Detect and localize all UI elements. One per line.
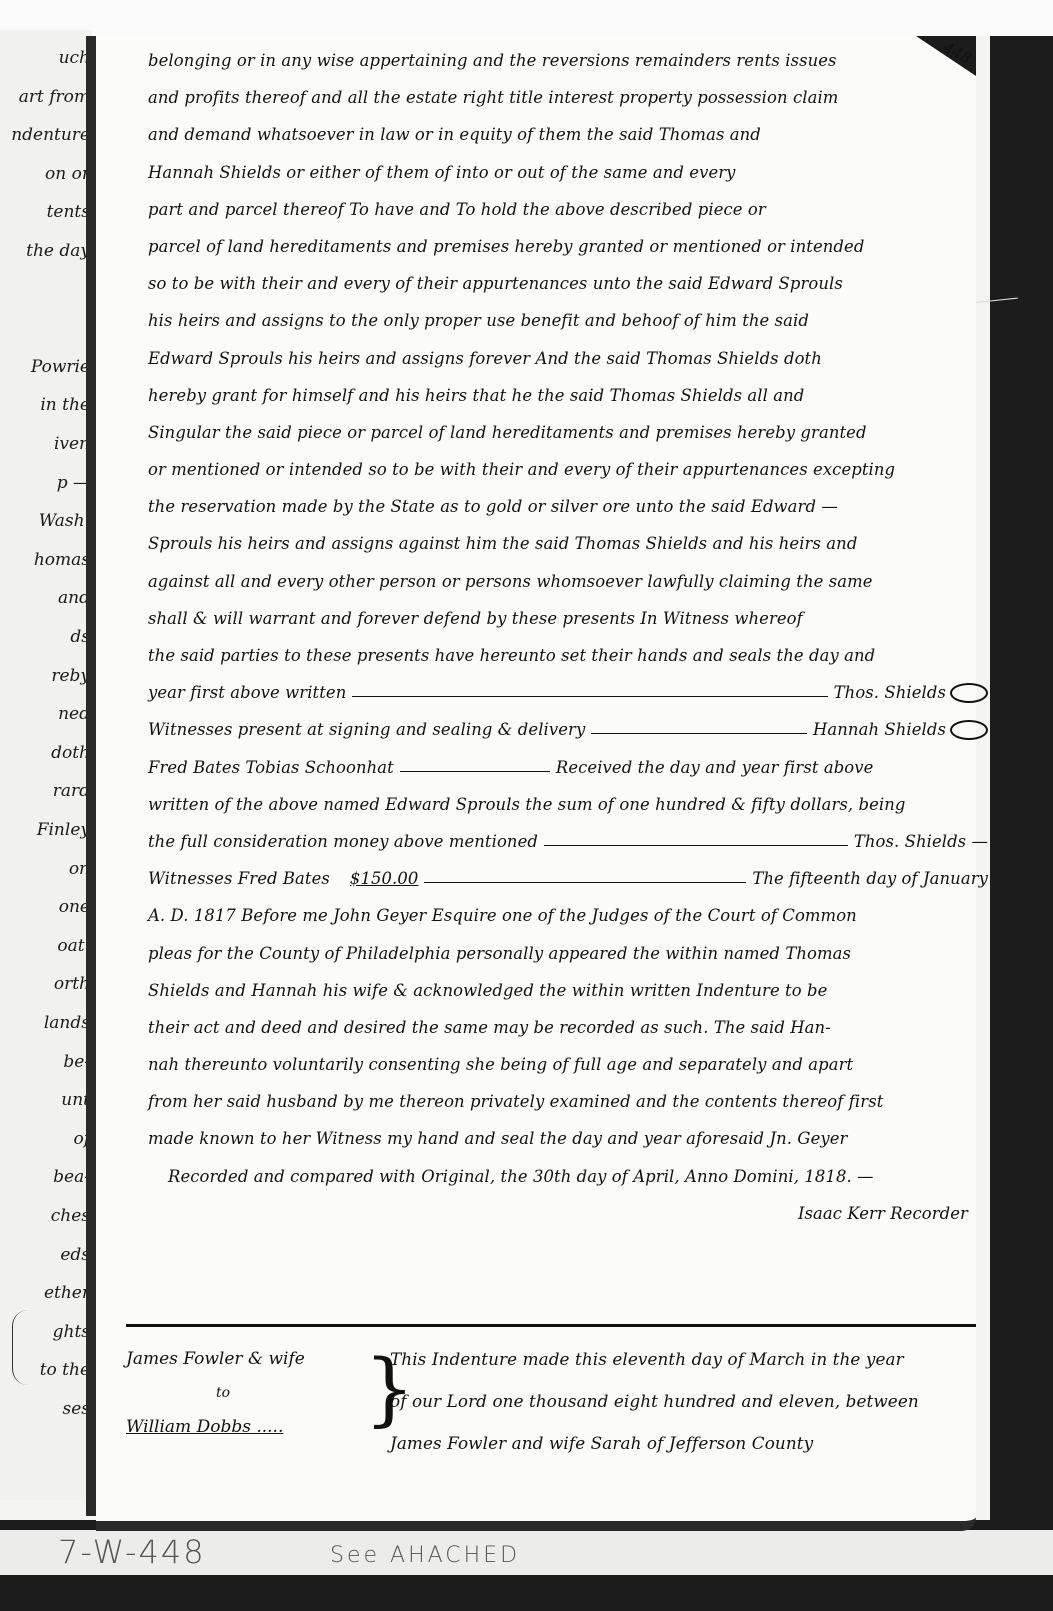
receipt-line: written of the above named Edward Sproul… [148, 786, 988, 823]
consideration-amount: $150.00 [350, 860, 418, 897]
witness-caption: Witnesses present at signing and sealing… [148, 711, 585, 748]
closing-text: year first above written [148, 674, 346, 711]
signature-rule [544, 845, 848, 846]
adjacent-page-fragment: doth [2, 743, 90, 763]
grantee: William Dobbs ..... [126, 1406, 376, 1448]
deed-text-line: or mentioned or intended so to be with t… [148, 451, 988, 488]
deed-text-line: Singular the said piece or parcel of lan… [148, 414, 988, 451]
margin-bracket-arrow [12, 1310, 31, 1385]
adjacent-page-fragment: rard [2, 781, 90, 801]
deed-text-line: parcel of land hereditaments and premise… [148, 228, 988, 265]
adjacent-page-fragment: orth [2, 974, 90, 994]
deed-text-line: shall & will warrant and forever defend … [148, 600, 988, 637]
receipt-text: Received the day and year first above [556, 749, 874, 786]
signature-receipt: Thos. Shields — [854, 823, 988, 860]
adjacent-page-fragment: and [2, 588, 90, 608]
deed-text-line: his heirs and assigns to the only proper… [148, 302, 988, 339]
deed-text-line: the said parties to these presents have … [148, 637, 988, 674]
adjacent-page-fragment: Finley [2, 820, 90, 840]
deed-text-line: and profits thereof and all the estate r… [148, 79, 988, 116]
adjacent-page-fragment: on [2, 859, 90, 879]
signature-rule [424, 882, 746, 883]
deed-text-line: Edward Sprouls his heirs and assigns for… [148, 340, 988, 377]
deed-page: 448 belonging or in any wise appertainin… [96, 36, 976, 1531]
deed-parties: James Fowler & wife to William Dobbs ...… [126, 1338, 376, 1448]
witness-line: Fred Bates Tobias Schoonhat Received the… [148, 749, 988, 786]
deed-text-line: so to be with their and every of their a… [148, 265, 988, 302]
section-divider [126, 1324, 976, 1327]
adjacent-page-fragment: reby [2, 666, 90, 686]
acknowledgment-line: nah thereunto voluntarily consenting she… [148, 1046, 988, 1083]
amount-line: Witnesses Fred Bates $150.00 The fifteen… [148, 860, 988, 897]
recorded-line: Recorded and compared with Original, the… [148, 1158, 988, 1195]
acknowledgment-line: pleas for the County of Philadelphia per… [148, 935, 988, 972]
acknowledgment-line: their act and deed and desired the same … [148, 1009, 988, 1046]
adjacent-page-fragment: tents [2, 202, 90, 222]
witness-names: Fred Bates Tobias Schoonhat [148, 749, 394, 786]
versus-label: to [126, 1380, 376, 1406]
adjacent-page-fragment: art from [2, 87, 90, 107]
adjacent-page-fragment: of [2, 1129, 90, 1149]
adjacent-page-fragment: iven [2, 434, 90, 454]
acknowledgment-line: made known to her Witness my hand and se… [148, 1120, 988, 1157]
deed-text-line: part and parcel thereof To have and To h… [148, 191, 988, 228]
seal-icon [950, 683, 988, 703]
recorder-signature: Isaac Kerr Recorder [148, 1195, 988, 1232]
signature-rule [352, 696, 827, 697]
signature-rule [591, 733, 807, 734]
receipt-text-end: the full consideration money above menti… [148, 823, 538, 860]
adjacent-page-fragment: homas [2, 550, 90, 570]
signature-hannah-shields: Hannah Shields [813, 711, 946, 748]
indenture-line: This Indenture made this eleventh day of… [390, 1338, 980, 1380]
signature-line-hannah: Witnesses present at signing and sealing… [148, 711, 988, 748]
attachment-note: See AHACHED [330, 1543, 520, 1568]
archive-reference: 7-W-448 [58, 1533, 206, 1571]
deed-text-line: Sprouls his heirs and assigns against hi… [148, 525, 988, 562]
adjacent-page-fragment: ned [2, 704, 90, 724]
adjacent-page-fragment: in the [2, 395, 90, 415]
deed-text-line: hereby grant for himself and his heirs t… [148, 377, 988, 414]
receipt-witness: Witnesses Fred Bates [148, 860, 330, 897]
signature-rule [400, 771, 550, 772]
indenture-line: James Fowler and wife Sarah of Jefferson… [390, 1422, 980, 1464]
adjacent-page-fragment: ether [2, 1283, 90, 1303]
deed-text-line: belonging or in any wise appertaining an… [148, 42, 988, 79]
adjacent-page-fragment: oat. [2, 936, 90, 956]
receipt-signature-line: the full consideration money above menti… [148, 823, 988, 860]
indenture-text: This Indenture made this eleventh day of… [390, 1338, 980, 1464]
seal-icon [950, 720, 988, 740]
binding-edge [86, 36, 96, 1516]
adjacent-page-fragment: uch [2, 48, 90, 68]
adjacent-page-fragment: the day [2, 241, 90, 261]
adjacent-page-fragment: Powrie [2, 357, 90, 377]
scan-right-border [990, 36, 1053, 1576]
grantor: James Fowler & wife [126, 1338, 376, 1380]
acknowledgment-date: The fifteenth day of January [752, 860, 988, 897]
adjacent-page-fragment: bea- [2, 1167, 90, 1187]
acknowledgment-line: from her said husband by me thereon priv… [148, 1083, 988, 1120]
deed-body: belonging or in any wise appertaining an… [148, 42, 988, 1232]
adjacent-page-fragment: p — [2, 473, 90, 493]
adjacent-page-fragment: ches [2, 1206, 90, 1226]
deed-text-line: against all and every other person or pe… [148, 563, 988, 600]
adjacent-page-fragment: one [2, 897, 90, 917]
adjacent-page-fragment: on or [2, 164, 90, 184]
adjacent-page-fragment: ds [2, 627, 90, 647]
acknowledgment-line: A. D. 1817 Before me John Geyer Esquire … [148, 897, 988, 934]
deed-text-line: the reservation made by the State as to … [148, 488, 988, 525]
adjacent-page-fragment: ses [2, 1399, 90, 1419]
scan-top-margin [0, 0, 1053, 36]
indenture-line: of our Lord one thousand eight hundred a… [390, 1380, 980, 1422]
adjacent-page-fragment: Wash. [2, 511, 90, 531]
acknowledgment-line: Shields and Hannah his wife & acknowledg… [148, 972, 988, 1009]
signature-line-thomas: year first above written Thos. Shields [148, 674, 988, 711]
adjacent-page-fragment: lands [2, 1013, 90, 1033]
adjacent-page-fragment: be- [2, 1052, 90, 1072]
adjacent-page-strip: uchart fromndentureon ortentsthe dayPowr… [0, 30, 92, 1500]
adjacent-page-fragment: eds [2, 1245, 90, 1265]
signature-thomas-shields: Thos. Shields [834, 674, 946, 711]
adjacent-page-fragment: unt [2, 1090, 90, 1110]
deed-text-line: and demand whatsoever in law or in equit… [148, 116, 988, 153]
deed-text-line: Hannah Shields or either of them of into… [148, 154, 988, 191]
adjacent-page-fragment: ndenture [2, 125, 90, 145]
